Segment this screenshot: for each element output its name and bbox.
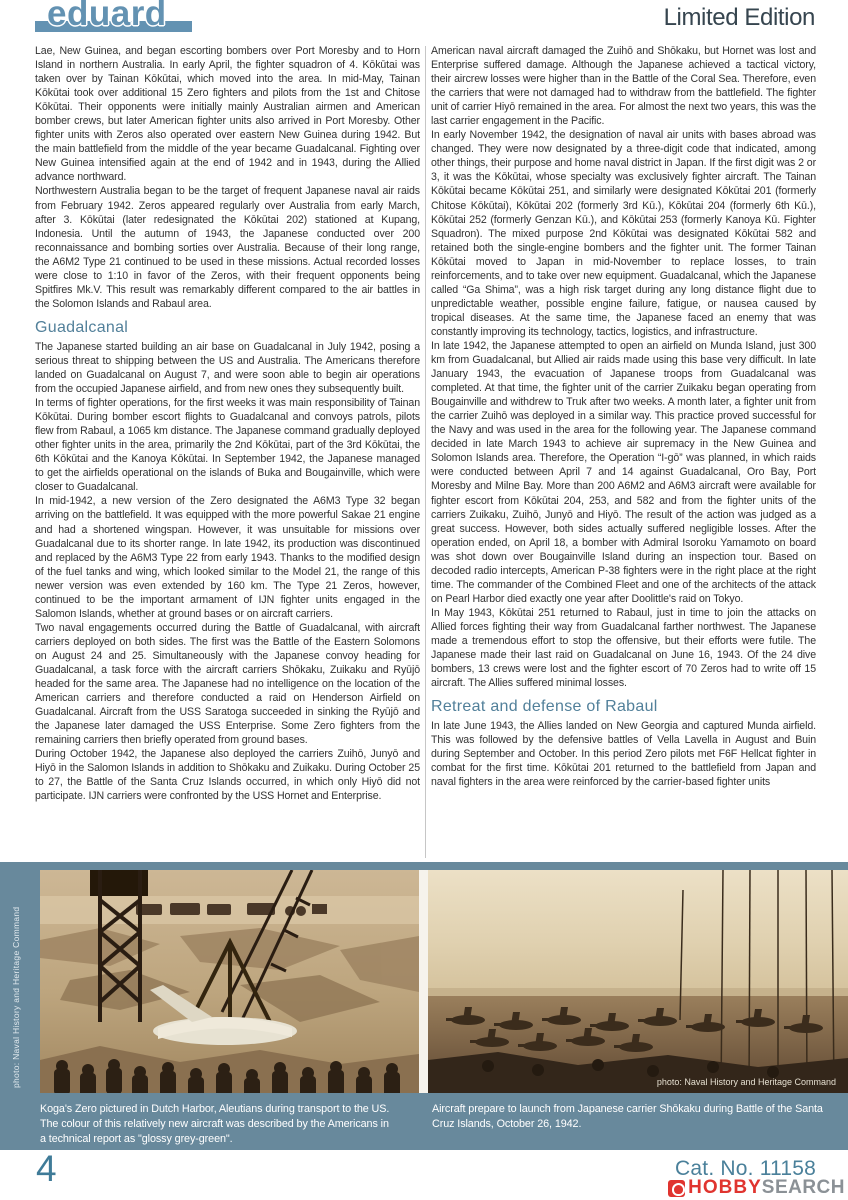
paragraph: In May 1943, Kōkūtai 251 returned to Rab… — [431, 606, 816, 690]
paragraph: Northwestern Australia began to be the t… — [35, 184, 420, 310]
photo-band: photo: Naval History and Heritage Comman… — [0, 862, 848, 1150]
article-body: Lae, New Guinea, and began escorting bom… — [35, 44, 817, 864]
section-heading-rabaul: Retreat and defense of Rabaul — [431, 697, 816, 717]
watermark-hobby-text: HOBBY — [688, 1176, 762, 1200]
paragraph: During October 1942, the Japanese also d… — [35, 747, 420, 803]
page-number: 4 — [36, 1148, 57, 1190]
paragraph: In late 1942, the Japanese attempted to … — [431, 339, 816, 606]
eduard-logo: eduard — [35, 2, 192, 38]
hobbysearch-watermark: HOBBY SEARCH — [668, 1176, 845, 1200]
paragraph: In mid-1942, a new version of the Zero d… — [35, 494, 420, 620]
logo-text: eduard — [47, 0, 167, 34]
watermark-search-text: SEARCH — [762, 1176, 845, 1200]
left-column: Lae, New Guinea, and began escorting bom… — [35, 44, 420, 864]
paragraph: The Japanese started building an air bas… — [35, 340, 420, 396]
paragraph: In late June 1943, the Allies landed on … — [431, 719, 816, 789]
paragraph: In early November 1942, the designation … — [431, 128, 816, 339]
photo-credit-left: photo: Naval History and Heritage Comman… — [11, 874, 21, 1088]
photo-koga-zero — [40, 870, 419, 1093]
paragraph: American naval aircraft damaged the Zuih… — [431, 44, 816, 128]
caption-shokaku: Aircraft prepare to launch from Japanese… — [432, 1102, 824, 1132]
photo-separator — [419, 870, 428, 1093]
paragraph: Two naval engagements occurred during th… — [35, 621, 420, 747]
column-divider — [425, 46, 426, 858]
paragraph: In terms of fighter operations, for the … — [35, 396, 420, 494]
edition-label: Limited Edition — [664, 4, 815, 32]
section-heading-guadalcanal: Guadalcanal — [35, 318, 420, 338]
right-column: American naval aircraft damaged the Zuih… — [431, 44, 816, 864]
paragraph: Lae, New Guinea, and began escorting bom… — [35, 44, 420, 184]
photo-credit-right: photo: Naval History and Heritage Comman… — [657, 1077, 836, 1087]
caption-koga-zero: Koga's Zero pictured in Dutch Harbor, Al… — [40, 1102, 394, 1146]
hobbysearch-icon — [668, 1180, 685, 1197]
photo-shokaku-deck: photo: Naval History and Heritage Comman… — [428, 870, 848, 1093]
